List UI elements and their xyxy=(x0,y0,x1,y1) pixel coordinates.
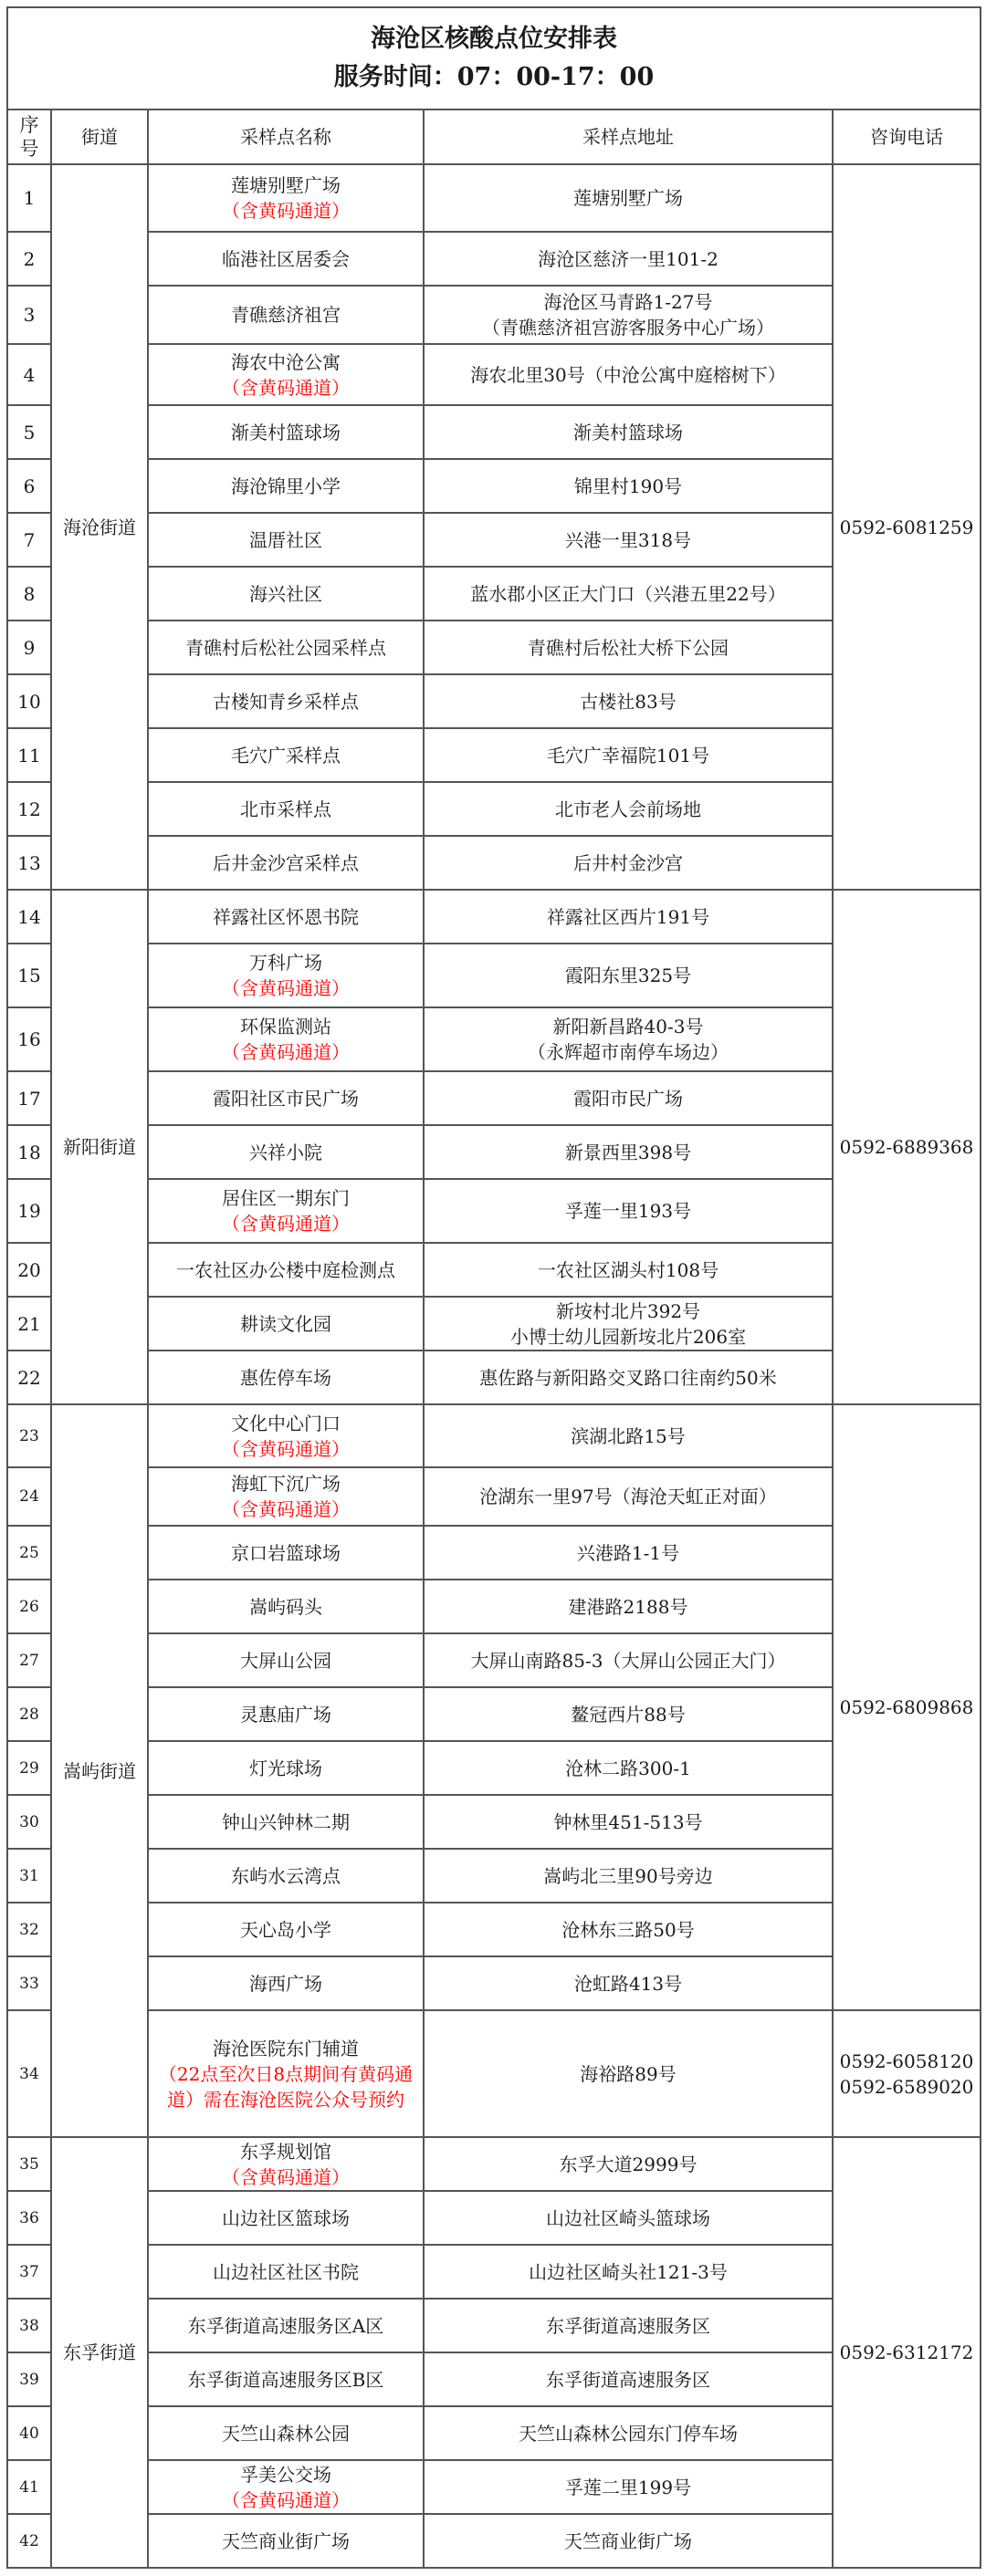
site-address-cell: 滨湖北路15号 xyxy=(424,1404,833,1467)
site-address: 祥露社区西片191号 xyxy=(426,904,830,930)
site-name: 东孚街道高速服务区B区 xyxy=(151,2367,421,2393)
row-seq: 19 xyxy=(7,1179,51,1243)
site-address: 锦里村190号 xyxy=(426,474,830,499)
site-name: 大屏山公园 xyxy=(151,1648,421,1674)
site-address-cell: 沧林二路300-1 xyxy=(424,1741,833,1795)
service-time: 服务时间：07：00-17：00 xyxy=(10,58,978,97)
row-seq: 4 xyxy=(7,344,51,405)
site-name-cell: 一农社区办公楼中庭检测点 xyxy=(148,1243,424,1297)
site-name-cell: 环保监测站（含黄码通道） xyxy=(148,1007,424,1071)
site-name: 万科广场 xyxy=(151,950,421,975)
site-name: 温厝社区 xyxy=(151,527,421,553)
site-name-cell: 海兴社区 xyxy=(148,567,424,621)
site-address-cell: 蓝水郡小区正大门口（兴港五里22号） xyxy=(424,567,833,621)
site-name: 山边社区社区书院 xyxy=(151,2259,421,2285)
row-seq: 13 xyxy=(7,836,51,890)
site-address-cell: 大屏山南路85-3（大屏山公园正大门） xyxy=(424,1633,833,1687)
site-name: 兴祥小院 xyxy=(151,1140,421,1165)
site-name: 灯光球场 xyxy=(151,1756,421,1781)
phone-number: 0592-6589020 xyxy=(835,2074,978,2100)
street-name: 新阳街道 xyxy=(51,890,148,1404)
row-seq: 9 xyxy=(7,621,51,674)
site-name-cell: 居住区一期东门（含黄码通道） xyxy=(148,1179,424,1243)
table-row: 14新阳街道祥露社区怀恩书院祥露社区西片191号0592-6889368 xyxy=(7,890,981,944)
site-name: 惠佐停车场 xyxy=(151,1365,421,1391)
table-row: 34海沧医院东门辅道（22点至次日8点期间有黄码通道）需在海沧医院公众号预约海裕… xyxy=(7,2010,981,2137)
schedule-table: 海沧区核酸点位安排表 服务时间：07：00-17：00 序号 街道 采样点名称 … xyxy=(6,6,981,2569)
site-address: 海沧区慈济一里101-2 xyxy=(426,246,830,272)
site-address: 大屏山南路85-3（大屏山公园正大门） xyxy=(426,1648,830,1674)
site-address-cell: 东孚街道高速服务区 xyxy=(424,2299,833,2352)
consult-phone: 0592-6889368 xyxy=(833,890,981,1404)
site-address-cell: 孚莲二里199号 xyxy=(424,2460,833,2514)
site-name-cell: 后井金沙宫采样点 xyxy=(148,836,424,890)
site-name: 居住区一期东门 xyxy=(151,1185,421,1211)
site-address: （永辉超市南停车场边） xyxy=(426,1039,830,1065)
row-seq: 23 xyxy=(7,1404,51,1467)
site-name-cell: 海沧锦里小学 xyxy=(148,459,424,513)
row-seq: 7 xyxy=(7,513,51,567)
site-name-cell: 临港社区居委会 xyxy=(148,232,424,286)
site-name-cell: 祥露社区怀恩书院 xyxy=(148,890,424,944)
consult-phone: 0592-6312172 xyxy=(833,2137,981,2568)
site-name: 渐美村篮球场 xyxy=(151,420,421,445)
site-name-cell: 青礁村后松社公园采样点 xyxy=(148,621,424,674)
row-seq: 35 xyxy=(7,2137,51,2191)
site-name: 孚美公交场 xyxy=(151,2462,421,2487)
yellow-code-note: （含黄码通道） xyxy=(151,1039,421,1065)
site-name-cell: 大屏山公园 xyxy=(148,1633,424,1687)
row-seq: 29 xyxy=(7,1741,51,1795)
row-seq: 36 xyxy=(7,2191,51,2245)
site-name: 天心岛小学 xyxy=(151,1917,421,1943)
site-address-cell: 天竺商业街广场 xyxy=(424,2514,833,2568)
phone-number: 0592-6081259 xyxy=(835,515,978,540)
header-name: 采样点名称 xyxy=(148,110,424,164)
site-name-cell: 温厝社区 xyxy=(148,513,424,567)
site-name-cell: 文化中心门口（含黄码通道） xyxy=(148,1404,424,1467)
site-address-cell: 新景西里398号 xyxy=(424,1125,833,1179)
site-name-cell: 北市采样点 xyxy=(148,782,424,836)
yellow-code-note: （含黄码通道） xyxy=(151,2164,421,2190)
site-name: 京口岩篮球场 xyxy=(151,1540,421,1566)
phone-number: 0592-6809868 xyxy=(835,1695,978,1720)
row-seq: 20 xyxy=(7,1243,51,1297)
row-seq: 1 xyxy=(7,164,51,232)
site-address-cell: 毛穴广幸福院101号 xyxy=(424,728,833,782)
site-name: 临港社区居委会 xyxy=(151,246,421,272)
site-name-cell: 耕读文化园 xyxy=(148,1297,424,1351)
site-address: 青礁村后松社大桥下公园 xyxy=(426,635,830,661)
site-address: 天竺商业街广场 xyxy=(426,2529,830,2554)
site-name-cell: 孚美公交场（含黄码通道） xyxy=(148,2460,424,2514)
site-name-cell: 山边社区社区书院 xyxy=(148,2245,424,2299)
site-name: 毛穴广采样点 xyxy=(151,743,421,768)
site-name-cell: 青礁慈济祖宫 xyxy=(148,286,424,344)
site-address: 孚莲一里193号 xyxy=(426,1198,830,1224)
site-address-cell: 沧林东三路50号 xyxy=(424,1903,833,1956)
row-seq: 15 xyxy=(7,944,51,1007)
site-name: 青礁村后松社公园采样点 xyxy=(151,635,421,661)
consult-phone: 0592-6809868 xyxy=(833,1404,981,2010)
site-name: 天竺山森林公园 xyxy=(151,2421,421,2446)
site-name-cell: 京口岩篮球场 xyxy=(148,1526,424,1580)
site-name-cell: 天竺商业街广场 xyxy=(148,2514,424,2568)
page-title: 海沧区核酸点位安排表 xyxy=(10,20,978,58)
site-address-cell: 霞阳东里325号 xyxy=(424,944,833,1007)
site-address: 沧虹路413号 xyxy=(426,1971,830,1997)
site-address: 建港路2188号 xyxy=(426,1594,830,1620)
row-seq: 28 xyxy=(7,1687,51,1741)
row-seq: 38 xyxy=(7,2299,51,2352)
row-seq: 17 xyxy=(7,1071,51,1125)
site-address: 新阳新昌路40-3号 xyxy=(426,1014,830,1039)
site-name-cell: 嵩屿码头 xyxy=(148,1580,424,1633)
site-address: 惠佐路与新阳路交叉路口往南约50米 xyxy=(426,1365,830,1391)
street-name: 海沧街道 xyxy=(51,164,148,890)
table-title: 海沧区核酸点位安排表 服务时间：07：00-17：00 xyxy=(7,7,981,110)
row-seq: 42 xyxy=(7,2514,51,2568)
site-address-cell: 古楼社83号 xyxy=(424,674,833,728)
site-name-cell: 钟山兴钟林二期 xyxy=(148,1795,424,1849)
yellow-code-note: （含黄码通道） xyxy=(151,2487,421,2513)
row-seq: 33 xyxy=(7,1956,51,2010)
site-address-cell: 新垵村北片392号小博士幼儿园新垵北片206室 xyxy=(424,1297,833,1351)
site-name: 北市采样点 xyxy=(151,797,421,822)
site-name: 祥露社区怀恩书院 xyxy=(151,904,421,930)
site-address: 东孚大道2999号 xyxy=(426,2152,830,2177)
site-address-cell: 新阳新昌路40-3号（永辉超市南停车场边） xyxy=(424,1007,833,1071)
row-seq: 14 xyxy=(7,890,51,944)
header-address: 采样点地址 xyxy=(424,110,833,164)
row-seq: 24 xyxy=(7,1467,51,1526)
site-address: 新景西里398号 xyxy=(426,1140,830,1165)
site-address-cell: 后井村金沙宫 xyxy=(424,836,833,890)
site-address: 钟林里451-513号 xyxy=(426,1809,830,1835)
site-name-cell: 莲塘别墅广场（含黄码通道） xyxy=(148,164,424,232)
site-name-cell: 天心岛小学 xyxy=(148,1903,424,1956)
row-seq: 16 xyxy=(7,1007,51,1071)
site-address: 山边社区崎头篮球场 xyxy=(426,2206,830,2231)
site-address: 滨湖北路15号 xyxy=(426,1424,830,1449)
site-address: 渐美村篮球场 xyxy=(426,420,830,445)
site-address-cell: 嵩屿北三里90号旁边 xyxy=(424,1849,833,1903)
site-address: （青礁慈济祖宫游客服务中心广场） xyxy=(426,315,830,340)
site-address-cell: 山边社区崎头篮球场 xyxy=(424,2191,833,2245)
site-address: 海裕路89号 xyxy=(426,2061,830,2087)
row-seq: 21 xyxy=(7,1297,51,1351)
site-address: 孚莲二里199号 xyxy=(426,2475,830,2500)
consult-phone: 0592-6081259 xyxy=(833,164,981,890)
site-address-cell: 祥露社区西片191号 xyxy=(424,890,833,944)
site-name-cell: 东孚街道高速服务区B区 xyxy=(148,2352,424,2406)
site-address-cell: 锦里村190号 xyxy=(424,459,833,513)
table-row: 23嵩屿街道文化中心门口（含黄码通道）滨湖北路15号0592-6809868 xyxy=(7,1404,981,1467)
row-seq: 6 xyxy=(7,459,51,513)
row-seq: 12 xyxy=(7,782,51,836)
site-address: 沧林东三路50号 xyxy=(426,1917,830,1943)
row-seq: 31 xyxy=(7,1849,51,1903)
site-name: 东屿水云湾点 xyxy=(151,1863,421,1889)
site-name: 一农社区办公楼中庭检测点 xyxy=(151,1257,421,1283)
site-address-cell: 东孚大道2999号 xyxy=(424,2137,833,2191)
site-address-cell: 建港路2188号 xyxy=(424,1580,833,1633)
site-name-cell: 灯光球场 xyxy=(148,1741,424,1795)
site-address-cell: 青礁村后松社大桥下公园 xyxy=(424,621,833,674)
street-name: 东孚街道 xyxy=(51,2137,148,2568)
site-name-cell: 山边社区篮球场 xyxy=(148,2191,424,2245)
row-seq: 11 xyxy=(7,728,51,782)
site-name-cell: 天竺山森林公园 xyxy=(148,2406,424,2460)
consult-phone: 0592-60581200592-6589020 xyxy=(833,2010,981,2137)
row-seq: 32 xyxy=(7,1903,51,1956)
site-name-cell: 海沧医院东门辅道（22点至次日8点期间有黄码通道）需在海沧医院公众号预约 xyxy=(148,2010,424,2137)
header-seq: 序号 xyxy=(7,110,51,164)
table-row: 35东孚街道东孚规划馆（含黄码通道）东孚大道2999号0592-6312172 xyxy=(7,2137,981,2191)
site-address: 霞阳市民广场 xyxy=(426,1086,830,1111)
site-name: 东孚规划馆 xyxy=(151,2139,421,2164)
site-address: 沧湖东一里97号（海沧天虹正对面） xyxy=(426,1484,830,1509)
site-name-cell: 东孚街道高速服务区A区 xyxy=(148,2299,424,2352)
site-address: 蓝水郡小区正大门口（兴港五里22号） xyxy=(426,581,830,607)
site-address-cell: 沧虹路413号 xyxy=(424,1956,833,2010)
site-name: 山边社区篮球场 xyxy=(151,2206,421,2231)
site-address: 东孚街道高速服务区 xyxy=(426,2313,830,2339)
row-seq: 34 xyxy=(7,2010,51,2137)
row-seq: 27 xyxy=(7,1633,51,1687)
row-seq: 18 xyxy=(7,1125,51,1179)
row-seq: 10 xyxy=(7,674,51,728)
site-address: 毛穴广幸福院101号 xyxy=(426,743,830,768)
site-name-cell: 万科广场（含黄码通道） xyxy=(148,944,424,1007)
site-address: 兴港一里318号 xyxy=(426,527,830,553)
row-seq: 22 xyxy=(7,1351,51,1404)
phone-number: 0592-6312172 xyxy=(835,2340,978,2365)
site-address-cell: 鳌冠西片88号 xyxy=(424,1687,833,1741)
yellow-code-note: （含黄码通道） xyxy=(151,1497,421,1522)
header-phone: 咨询电话 xyxy=(833,110,981,164)
row-seq: 5 xyxy=(7,405,51,459)
site-address-cell: 钟林里451-513号 xyxy=(424,1795,833,1849)
site-name: 海农中沧公寓 xyxy=(151,349,421,375)
site-address: 莲塘别墅广场 xyxy=(426,185,830,211)
row-seq: 37 xyxy=(7,2245,51,2299)
site-address: 沧林二路300-1 xyxy=(426,1756,830,1781)
yellow-code-note: （含黄码通道） xyxy=(151,198,421,224)
site-name-cell: 海农中沧公寓（含黄码通道） xyxy=(148,344,424,405)
site-address-cell: 海沧区慈济一里101-2 xyxy=(424,232,833,286)
site-address: 鳌冠西片88号 xyxy=(426,1702,830,1727)
table-row: 1海沧街道莲塘别墅广场（含黄码通道）莲塘别墅广场0592-6081259 xyxy=(7,164,981,232)
site-name-cell: 海西广场 xyxy=(148,1956,424,2010)
site-name: 嵩屿码头 xyxy=(151,1594,421,1620)
site-name-cell: 古楼知青乡采样点 xyxy=(148,674,424,728)
phone-number: 0592-6889368 xyxy=(835,1134,978,1160)
row-seq: 26 xyxy=(7,1580,51,1633)
row-seq: 39 xyxy=(7,2352,51,2406)
site-address: 嵩屿北三里90号旁边 xyxy=(426,1863,830,1889)
site-address-cell: 一农社区湖头村108号 xyxy=(424,1243,833,1297)
site-address-cell: 渐美村篮球场 xyxy=(424,405,833,459)
site-name: 天竺商业街广场 xyxy=(151,2529,421,2554)
header-row: 序号 街道 采样点名称 采样点地址 咨询电话 xyxy=(7,110,981,164)
site-address-cell: 沧湖东一里97号（海沧天虹正对面） xyxy=(424,1467,833,1526)
site-address-cell: 山边社区崎头社121-3号 xyxy=(424,2245,833,2299)
site-address: 海沧区马青路1-27号 xyxy=(426,289,830,315)
site-name: 海西广场 xyxy=(151,1971,421,1997)
site-address-cell: 兴港一里318号 xyxy=(424,513,833,567)
site-name: 青礁慈济祖宫 xyxy=(151,302,421,328)
site-address-cell: 兴港路1-1号 xyxy=(424,1526,833,1580)
site-name-cell: 惠佐停车场 xyxy=(148,1351,424,1404)
site-name: 后井金沙宫采样点 xyxy=(151,850,421,876)
row-seq: 25 xyxy=(7,1526,51,1580)
site-name-cell: 东孚规划馆（含黄码通道） xyxy=(148,2137,424,2191)
site-name-cell: 灵惠庙广场 xyxy=(148,1687,424,1741)
site-address: 北市老人会前场地 xyxy=(426,797,830,822)
site-address: 霞阳东里325号 xyxy=(426,963,830,988)
site-address: 兴港路1-1号 xyxy=(426,1540,830,1566)
site-address-cell: 莲塘别墅广场 xyxy=(424,164,833,232)
row-seq: 40 xyxy=(7,2406,51,2460)
site-name: 海沧医院东门辅道 xyxy=(151,2036,421,2061)
site-address: 东孚街道高速服务区 xyxy=(426,2367,830,2393)
header-street: 街道 xyxy=(51,110,148,164)
site-name-cell: 海虹下沉广场（含黄码通道） xyxy=(148,1467,424,1526)
site-address-cell: 东孚街道高速服务区 xyxy=(424,2352,833,2406)
phone-number: 0592-6058120 xyxy=(835,2049,978,2074)
yellow-code-note: （22点至次日8点期间有黄码通道）需在海沧医院公众号预约 xyxy=(151,2061,421,2112)
site-address-cell: 海裕路89号 xyxy=(424,2010,833,2137)
yellow-code-note: （含黄码通道） xyxy=(151,1211,421,1236)
site-name: 文化中心门口 xyxy=(151,1411,421,1436)
site-address: 山边社区崎头社121-3号 xyxy=(426,2259,830,2285)
site-address: 新垵村北片392号 xyxy=(426,1298,830,1324)
site-address: 一农社区湖头村108号 xyxy=(426,1257,830,1283)
site-address-cell: 惠佐路与新阳路交叉路口往南约50米 xyxy=(424,1351,833,1404)
yellow-code-note: （含黄码通道） xyxy=(151,375,421,401)
site-address-cell: 海沧区马青路1-27号（青礁慈济祖宫游客服务中心广场） xyxy=(424,286,833,344)
site-address-cell: 北市老人会前场地 xyxy=(424,782,833,836)
site-name: 环保监测站 xyxy=(151,1014,421,1039)
site-name: 霞阳社区市民广场 xyxy=(151,1086,421,1111)
site-address: 海农北里30号（中沧公寓中庭榕树下） xyxy=(426,362,830,388)
site-address-cell: 孚莲一里193号 xyxy=(424,1179,833,1243)
site-address-cell: 海农北里30号（中沧公寓中庭榕树下） xyxy=(424,344,833,405)
site-address: 古楼社83号 xyxy=(426,689,830,714)
site-name: 古楼知青乡采样点 xyxy=(151,689,421,714)
site-address: 后井村金沙宫 xyxy=(426,850,830,876)
site-name: 海兴社区 xyxy=(151,581,421,607)
site-address-cell: 霞阳市民广场 xyxy=(424,1071,833,1125)
site-name-cell: 兴祥小院 xyxy=(148,1125,424,1179)
yellow-code-note: （含黄码通道） xyxy=(151,975,421,1001)
row-seq: 2 xyxy=(7,232,51,286)
site-name: 海虹下沉广场 xyxy=(151,1471,421,1497)
site-name: 莲塘别墅广场 xyxy=(151,172,421,198)
site-name-cell: 霞阳社区市民广场 xyxy=(148,1071,424,1125)
site-name: 耕读文化园 xyxy=(151,1311,421,1337)
site-name-cell: 毛穴广采样点 xyxy=(148,728,424,782)
site-name: 东孚街道高速服务区A区 xyxy=(151,2313,421,2339)
street-name: 嵩屿街道 xyxy=(51,1404,148,2137)
site-address: 天竺山森林公园东门停车场 xyxy=(426,2421,830,2446)
site-name: 海沧锦里小学 xyxy=(151,474,421,499)
site-name: 灵惠庙广场 xyxy=(151,1702,421,1727)
site-name-cell: 东屿水云湾点 xyxy=(148,1849,424,1903)
row-seq: 3 xyxy=(7,286,51,344)
site-address-cell: 天竺山森林公园东门停车场 xyxy=(424,2406,833,2460)
row-seq: 30 xyxy=(7,1795,51,1849)
yellow-code-note: （含黄码通道） xyxy=(151,1436,421,1462)
site-name: 钟山兴钟林二期 xyxy=(151,1809,421,1835)
row-seq: 8 xyxy=(7,567,51,621)
site-name-cell: 渐美村篮球场 xyxy=(148,405,424,459)
row-seq: 41 xyxy=(7,2460,51,2514)
site-address: 小博士幼儿园新垵北片206室 xyxy=(426,1324,830,1350)
